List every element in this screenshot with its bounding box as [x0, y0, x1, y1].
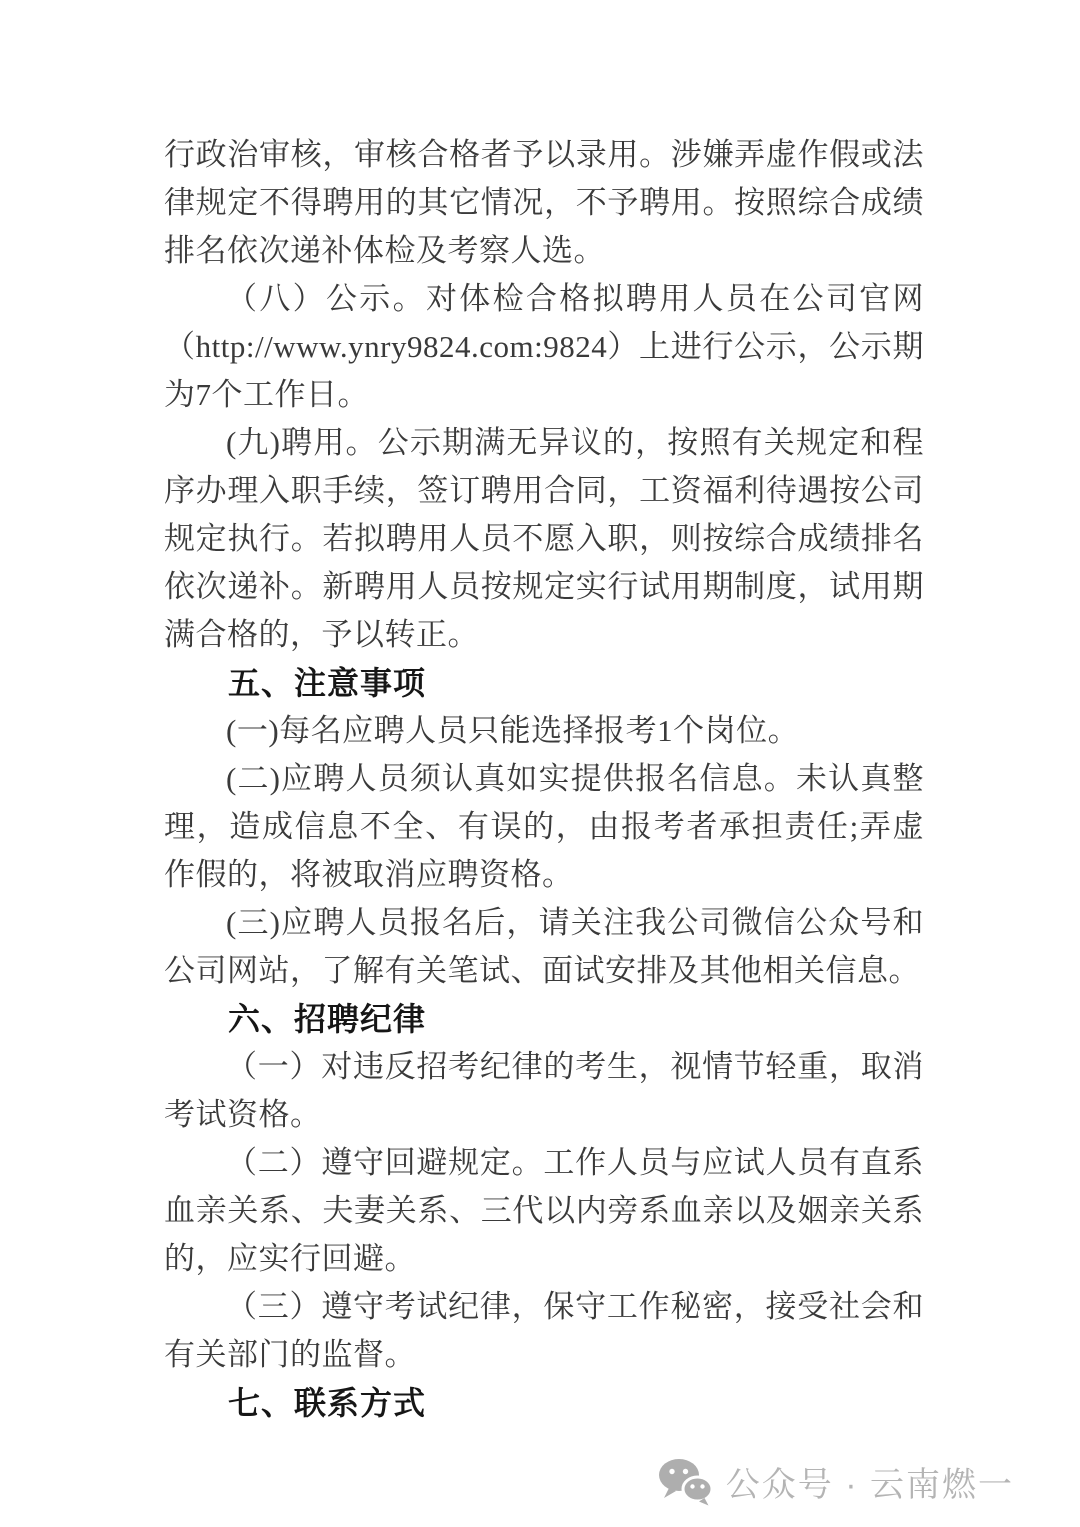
document-page: 行政治审核，审核合格者予以录用。涉嫌弄虚作假或法律规定不得聘用的其它情况，不予聘…	[0, 0, 1080, 1427]
watermark-label: 公众号 · 云南燃一	[726, 1457, 1014, 1506]
paragraph: （二）遵守回避规定。工作人员与应试人员有直系血亲关系、夫妻关系、三代以内旁系血亲…	[164, 1139, 924, 1283]
wechat-watermark: 公众号 · 云南燃一	[657, 1457, 1014, 1506]
paragraph: (一)每名应聘人员只能选择报考1个岗位。	[164, 707, 924, 755]
paragraph: (二)应聘人员须认真如实提供报名信息。未认真整理，造成信息不全、有误的，由报考者…	[164, 755, 924, 899]
paragraph: （三）遵守考试纪律，保守工作秘密，接受社会和有关部门的监督。	[164, 1283, 924, 1379]
paragraph: （一）对违反招考纪律的考生，视情节轻重，取消考试资格。	[164, 1043, 924, 1139]
paragraph: 行政治审核，审核合格者予以录用。涉嫌弄虚作假或法律规定不得聘用的其它情况，不予聘…	[164, 131, 924, 275]
wechat-icon	[657, 1458, 713, 1506]
section-heading: 五、注意事项	[164, 659, 924, 707]
section-heading: 六、招聘纪律	[164, 995, 924, 1043]
document-body: 行政治审核，审核合格者予以录用。涉嫌弄虚作假或法律规定不得聘用的其它情况，不予聘…	[164, 131, 924, 1427]
paragraph: (九)聘用。公示期满无异议的，按照有关规定和程序办理入职手续，签订聘用合同，工资…	[164, 419, 924, 659]
section-heading: 七、联系方式	[164, 1379, 924, 1427]
paragraph: （八）公示。对体检合格拟聘用人员在公司官网（http://www.ynry982…	[164, 275, 924, 419]
paragraph: (三)应聘人员报名后，请关注我公司微信公众号和公司网站，了解有关笔试、面试安排及…	[164, 899, 924, 995]
